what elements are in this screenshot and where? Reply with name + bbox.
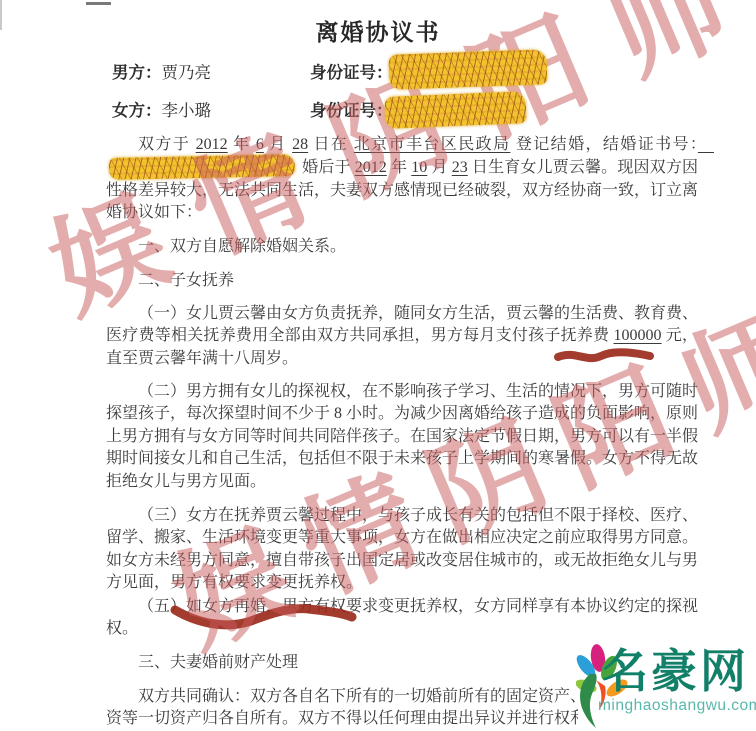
- id-number-label: 身份证号：: [310, 59, 393, 83]
- brand-url: minghaoshangwu.com: [598, 697, 756, 715]
- section-1-heading: 一、双方自愿解除婚姻关系。: [106, 236, 726, 258]
- clause-3-paragraph: （三）女方在抚养贾云馨过程中，与孩子成长有关的包括但不限于择校、医疗、留学、搬家…: [106, 505, 698, 595]
- id-redaction-inline: [109, 154, 295, 180]
- clause-1-paragraph: （一）女儿贾云馨由女方负责抚养，随同女方生活，贾云馨的生活费、教育费、医疗费等相…: [106, 303, 698, 370]
- party-role-label: 女方：: [112, 101, 162, 120]
- id-redaction-wife: [384, 91, 526, 129]
- intro-paragraph: 双方于 2012 年 6 月 28 日在 北京市丰台区民政局 登记结婚，结婚证书…: [106, 134, 698, 225]
- party-role-label: 男方：: [112, 63, 162, 82]
- section-2-heading: 二、子女抚养: [106, 270, 726, 292]
- clause-5-paragraph: （五）如女方再婚，男方有权要求变更抚养权，女方同样享有本协议约定的探视权。: [106, 596, 698, 641]
- brand-name: 名豪网: [602, 648, 749, 694]
- clause-2-paragraph: （二）男方拥有女儿的探视权，在不影响孩子学习、生活的情况下，男方可随时探望孩子，…: [106, 381, 698, 493]
- scan-artifact-dash: [86, 2, 111, 5]
- party-name: 李小璐: [162, 101, 212, 120]
- party-name: 贾乃亮: [162, 63, 212, 82]
- id-redaction-husband: [388, 49, 547, 89]
- brand-logo: 名豪网 minghaoshangwu.com: [578, 642, 756, 731]
- page-title: 离婚协议书: [0, 14, 756, 47]
- id-number-label: 身份证号：: [310, 97, 393, 121]
- document-page: 离婚协议书 男方：贾乃亮 身份证号： 女方：李小璐 身份证号： 双方于 2012…: [0, 0, 756, 731]
